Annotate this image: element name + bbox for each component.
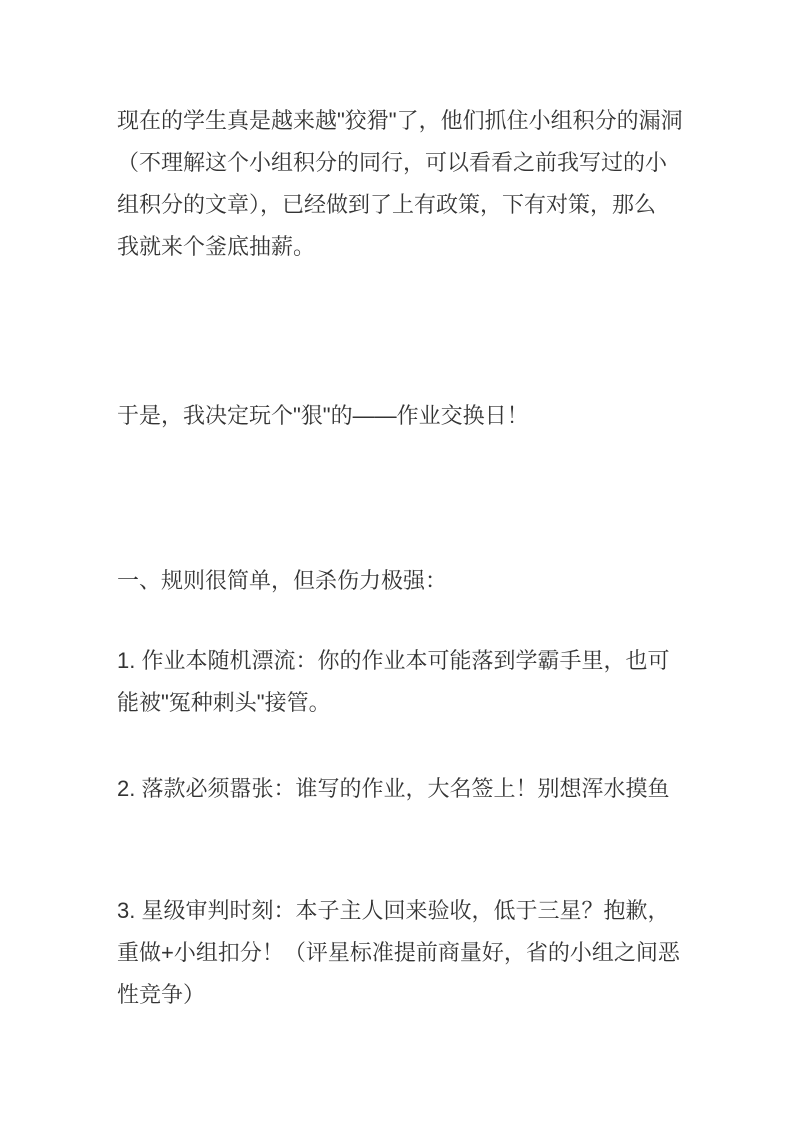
text-line: 能被"冤种刺头"接管。 xyxy=(117,682,683,724)
text-line: 我就来个釜底抽薪。 xyxy=(117,226,683,268)
text-line: 于是，我决定玩个"狠"的——作业交换日！ xyxy=(117,395,683,437)
paragraph-intro: 现在的学生真是越来越"狡猾"了，他们抓住小组积分的漏洞 （不理解这个小组积分的同… xyxy=(117,100,683,268)
paragraph-rule-2: 2. 落款必须嚣张：谁写的作业，大名签上！别想浑水摸鱼 xyxy=(117,768,683,810)
paragraph-rule-1: 1. 作业本随机漂流：你的作业本可能落到学霸手里，也可 能被"冤种刺头"接管。 xyxy=(117,640,683,724)
section-heading: 一、规则很简单，但杀伤力极强： xyxy=(117,560,683,602)
text-line: 重做+小组扣分！（评星标准提前商量好，省的小组之间恶 xyxy=(117,932,683,974)
text-line: 3. 星级审判时刻：本子主人回来验收，低于三星？抱歉， xyxy=(117,890,683,932)
text-line: 1. 作业本随机漂流：你的作业本可能落到学霸手里，也可 xyxy=(117,640,683,682)
text-line: 2. 落款必须嚣张：谁写的作业，大名签上！别想浑水摸鱼 xyxy=(117,768,683,810)
text-line: 一、规则很简单，但杀伤力极强： xyxy=(117,560,683,602)
text-line: 性竞争） xyxy=(117,974,683,1016)
paragraph-decision: 于是，我决定玩个"狠"的——作业交换日！ xyxy=(117,395,683,437)
document-page: 现在的学生真是越来越"狡猾"了，他们抓住小组积分的漏洞 （不理解这个小组积分的同… xyxy=(0,0,793,1122)
text-line: 组积分的文章），已经做到了上有政策，下有对策，那么 xyxy=(117,184,683,226)
paragraph-rule-3: 3. 星级审判时刻：本子主人回来验收，低于三星？抱歉， 重做+小组扣分！（评星标… xyxy=(117,890,683,1016)
text-line: （不理解这个小组积分的同行，可以看看之前我写过的小 xyxy=(117,142,683,184)
text-line: 现在的学生真是越来越"狡猾"了，他们抓住小组积分的漏洞 xyxy=(117,100,683,142)
